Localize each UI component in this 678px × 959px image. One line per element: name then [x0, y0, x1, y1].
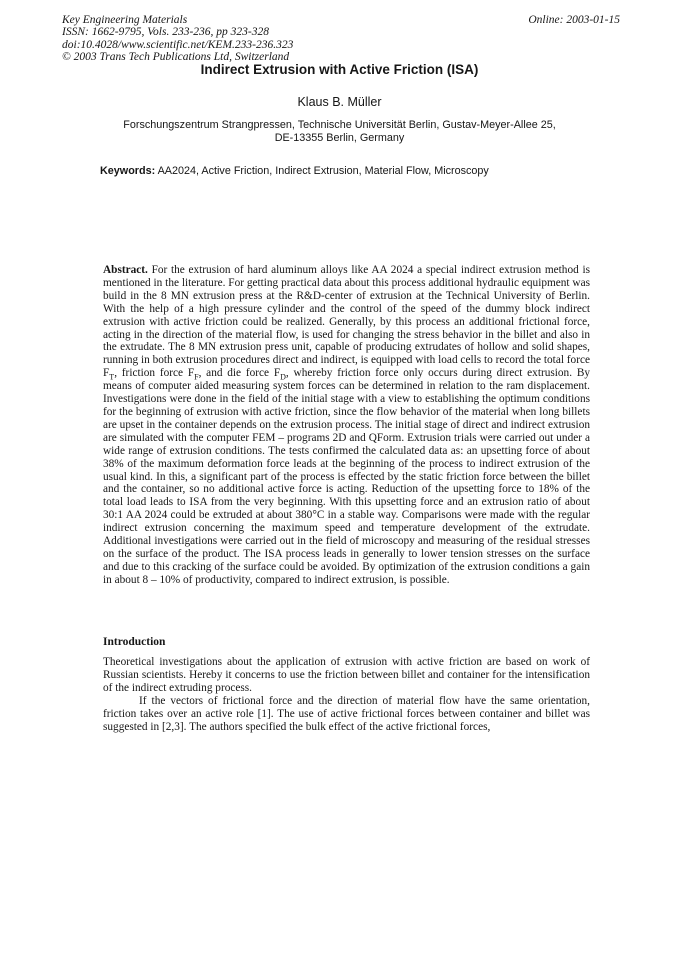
affiliation-line-1: Forschungszentrum Strangpressen, Technis…: [62, 119, 617, 132]
issn-line: ISSN: 1662-9795, Vols. 233-236, pp 323-3…: [62, 26, 293, 38]
online-date: Online: 2003-01-15: [528, 14, 620, 26]
publication-info: Key Engineering Materials ISSN: 1662-979…: [62, 14, 293, 64]
paper-title: Indirect Extrusion with Active Friction …: [62, 62, 617, 77]
keywords-label: Keywords:: [100, 165, 155, 177]
journal-name: Key Engineering Materials: [62, 14, 293, 26]
affiliation: Forschungszentrum Strangpressen, Technis…: [62, 119, 617, 145]
keywords-line: Keywords: AA2024, Active Friction, Indir…: [100, 165, 617, 177]
introduction-paragraph-1: Theoretical investigations about the app…: [103, 656, 590, 695]
author-name: Klaus B. Müller: [62, 95, 617, 109]
abstract-label: Abstract.: [103, 264, 148, 276]
introduction-paragraph-2: If the vectors of frictional force and t…: [103, 695, 590, 734]
paper-page: Key Engineering Materials ISSN: 1662-979…: [0, 0, 678, 959]
section-heading-introduction: Introduction: [103, 636, 165, 648]
introduction-section: Theoretical investigations about the app…: [103, 656, 590, 733]
abstract-paragraph: Abstract. For the extrusion of hard alum…: [103, 264, 590, 587]
doi-line: doi:10.4028/www.scientific.net/KEM.233-2…: [62, 39, 293, 51]
abstract-text: For the extrusion of hard aluminum alloy…: [103, 264, 590, 586]
page-header: Key Engineering Materials ISSN: 1662-979…: [62, 14, 620, 64]
affiliation-line-2: DE-13355 Berlin, Germany: [62, 132, 617, 145]
keywords-text: AA2024, Active Friction, Indirect Extrus…: [155, 165, 489, 177]
